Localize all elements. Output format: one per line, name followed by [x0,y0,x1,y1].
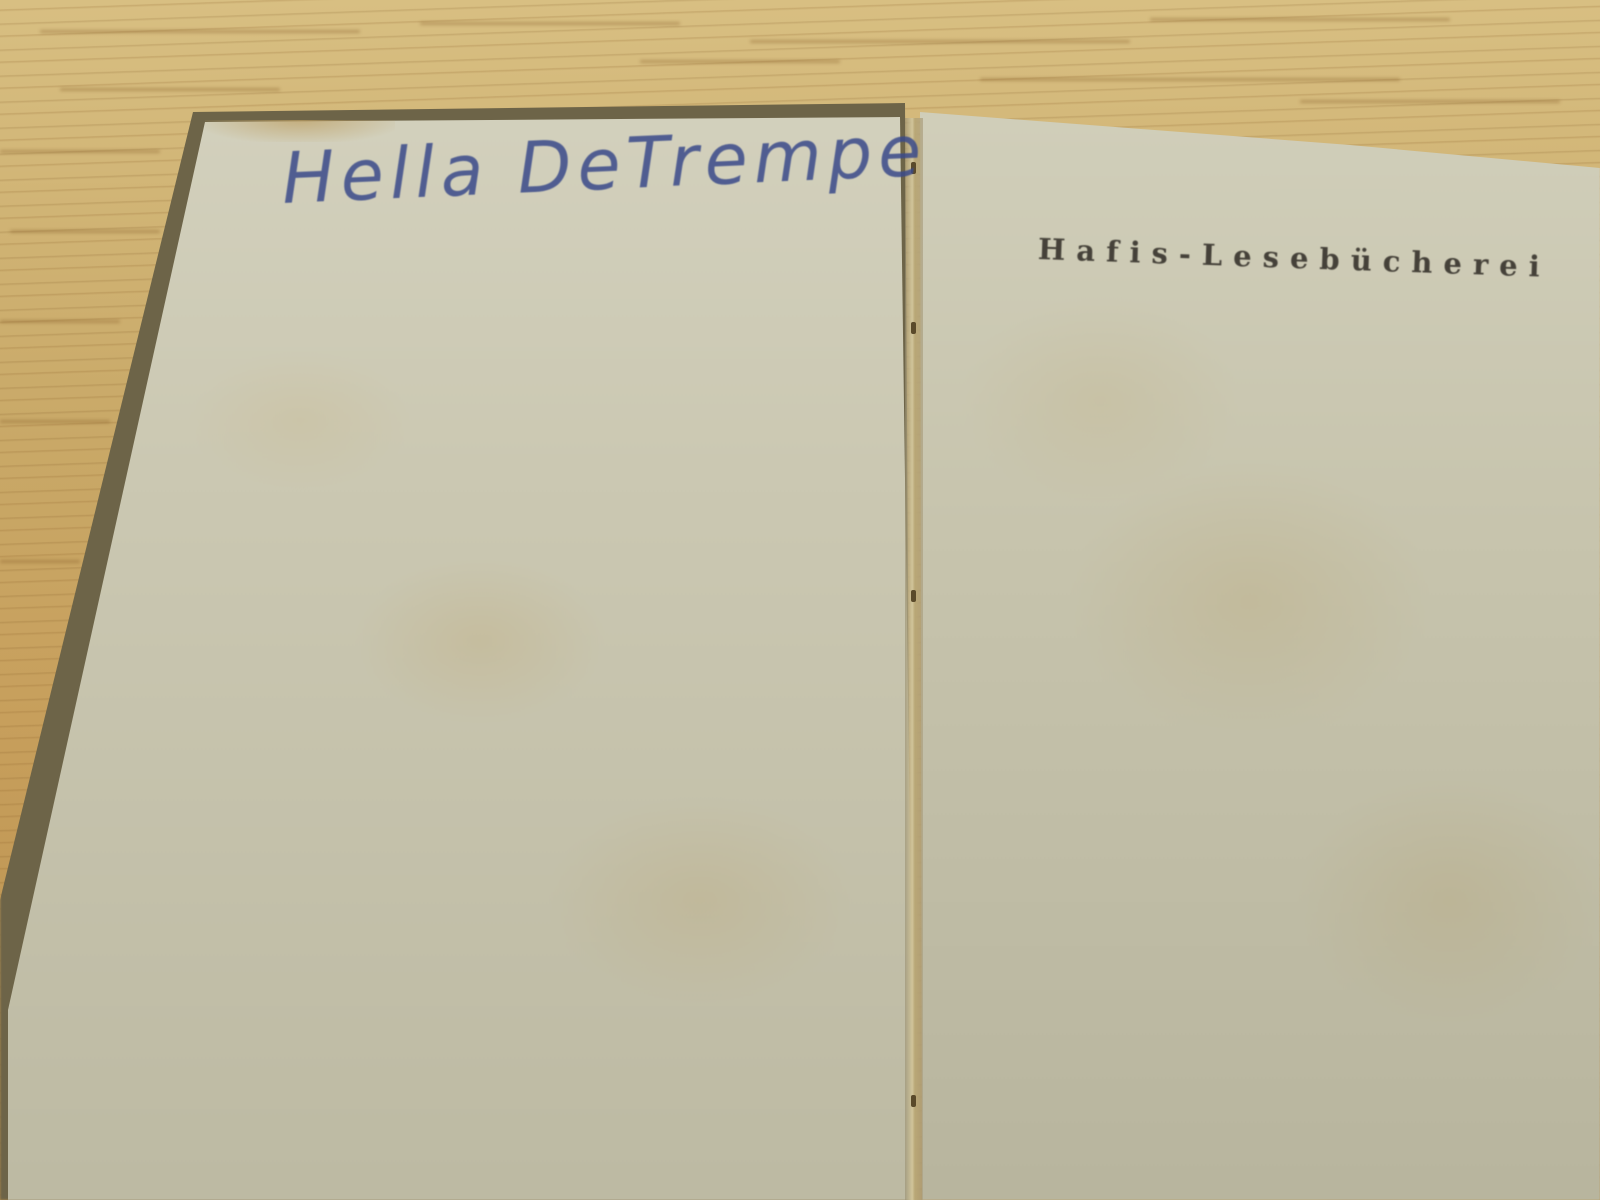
photo-scene: Hella DeTrempe Hafis-Lesebücherei [0,0,1600,1200]
binding-stitch [911,590,916,602]
book-gutter-spine [905,118,923,1200]
binding-stitch [911,1095,916,1107]
book: Hella DeTrempe Hafis-Lesebücherei [0,0,1600,1200]
binding-stitch [911,322,916,334]
